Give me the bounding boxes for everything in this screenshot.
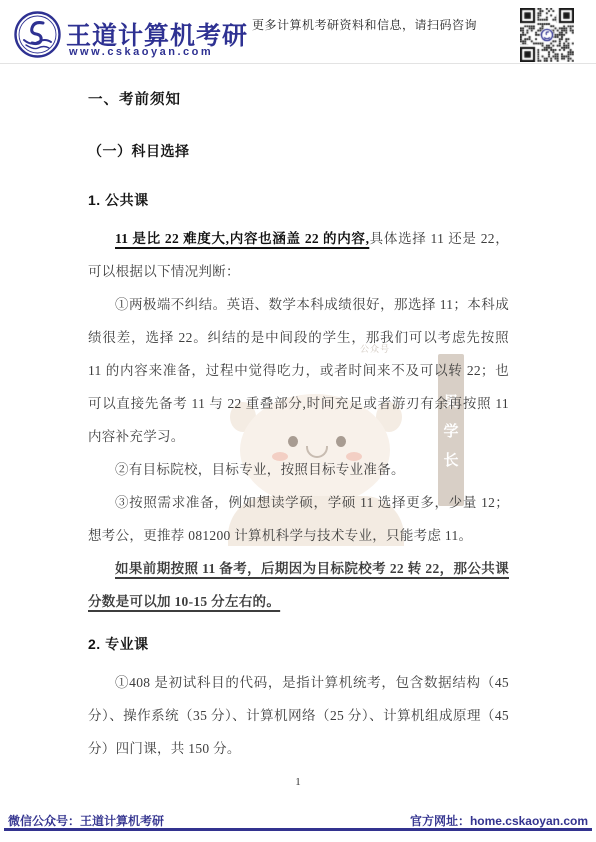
header-tagline: 更多计算机考研资料和信息，请扫码咨询 xyxy=(252,16,482,33)
page-number: 1 xyxy=(0,776,596,788)
header-divider xyxy=(0,63,596,64)
logo-url: www.cskaoyan.com xyxy=(69,46,213,58)
footer-wechat-label: 微信公众号：王道计算机考研 xyxy=(8,812,164,829)
document-content: 一、考前须知 （一）科目选择 1. 公共课 11 是比 22 难度大,内容也涵盖… xyxy=(88,88,509,765)
paragraph-conclusion: 如果前期按照 11 备考，后期因为目标院校考 22 转 22，那公共课分数是可以… xyxy=(88,552,509,618)
paragraph-408: ①408 是初试科目的代码，是指计算机统考，包含数据结构（45 分）、操作系统（… xyxy=(88,666,509,765)
paragraph-item-1: ①两极端不纠结。英语、数学本科成绩很好，那选择 11；本科成绩很差，选择 22。… xyxy=(88,288,509,453)
qr-code-icon xyxy=(520,8,574,62)
footer-divider xyxy=(4,828,592,831)
footer-website-label: 官方网址：home.cskaoyan.com xyxy=(410,812,588,829)
section-1-title: 1. 公共课 xyxy=(88,190,509,210)
wangdao-logo-icon xyxy=(14,11,61,58)
paragraph-intro: 11 是比 22 难度大,内容也涵盖 22 的内容,具体选择 11 还是 22，… xyxy=(88,222,509,288)
page-header: 王道计算机考研 www.cskaoyan.com 更多计算机考研资料和信息，请扫… xyxy=(0,0,596,64)
paragraph-intro-bold: 11 是比 22 难度大,内容也涵盖 22 的内容, xyxy=(115,231,369,246)
heading-sub: （一）科目选择 xyxy=(88,141,509,161)
paragraph-item-2: ②有目标院校，目标专业，按照目标专业准备。 xyxy=(88,453,509,486)
heading-main: 一、考前须知 xyxy=(88,88,509,109)
section-2-title: 2. 专业课 xyxy=(88,634,509,654)
document-page: 王道计算机考研 www.cskaoyan.com 更多计算机考研资料和信息，请扫… xyxy=(0,0,596,842)
paragraph-item-3: ③按照需求准备，例如想读学硕，学硕 11 选择更多，少量 12；想考公，更推荐 … xyxy=(88,486,509,552)
